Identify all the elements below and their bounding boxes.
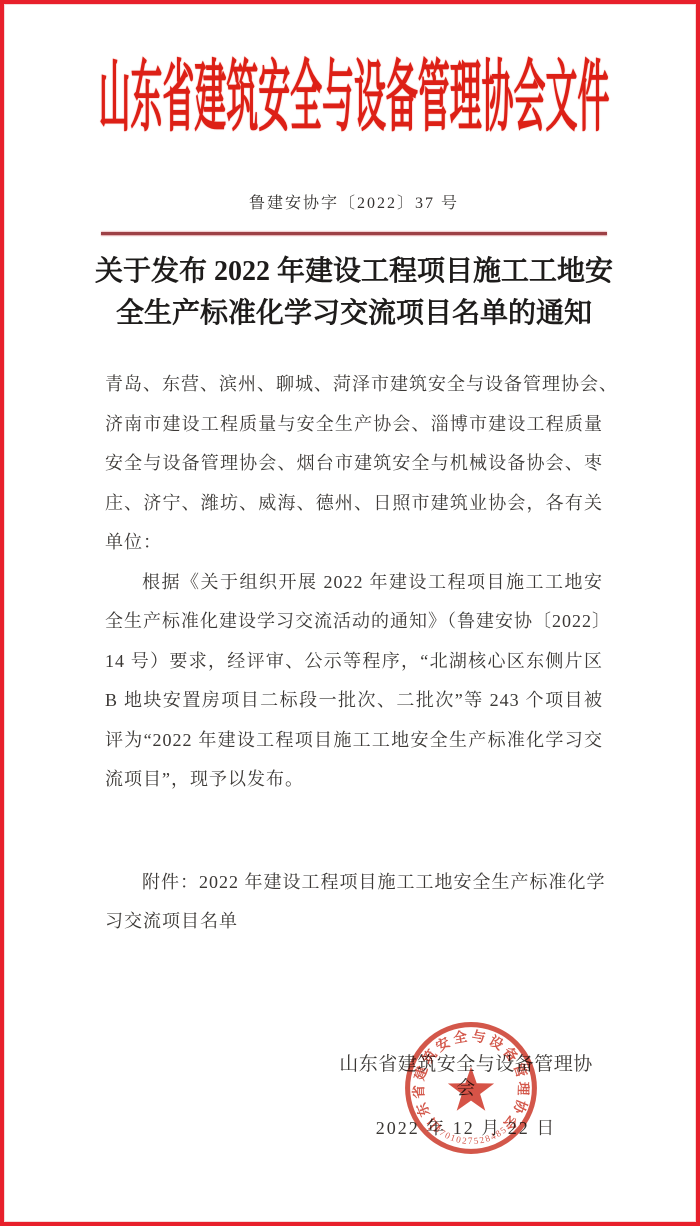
signature-block: 山东省建筑安全与设备管理协会 2022 年 12 月 22 日: [334, 1053, 598, 1140]
signature-date: 2022 年 12 月 22 日: [334, 1116, 598, 1140]
document-title-line2: 全生产标准化学习交流项目名单的通知: [4, 293, 700, 335]
attachment-note: 附件：2022 年建设工程项目施工工地安全生产标准化学 习交流项目名单: [105, 863, 603, 942]
body-paragraph-recipients: 青岛、东营、滨州、聊城、菏泽市建筑安全与设备管理协会、 济南市建设工程质量与安全…: [105, 365, 603, 563]
body-line: 附件：2022 年建设工程项目施工工地安全生产标准化学: [105, 863, 603, 903]
body-line: 评为“2022 年建设工程项目施工工地安全生产标准化学习交: [105, 721, 603, 761]
document-title: 关于发布 2022 年建设工程项目施工工地安 全生产标准化学习交流项目名单的通知: [4, 251, 700, 335]
body-line: 根据《关于组织开展 2022 年建设工程项目施工工地安: [105, 563, 603, 603]
body-paragraph-main: 根据《关于组织开展 2022 年建设工程项目施工工地安 全生产标准化建设学习交流…: [105, 563, 603, 800]
signature-organization: 山东省建筑安全与设备管理协会: [334, 1053, 598, 1101]
body-line: 全生产标准化建设学习交流活动的通知》（鲁建安协〔2022〕: [105, 602, 603, 642]
red-masthead: 山东省建筑安全与设备管理协会文件: [4, 40, 700, 144]
body-line: B 地块安置房项目二标段一批次、二批次”等 243 个项目被: [105, 681, 603, 721]
body-line: 习交流项目名单: [105, 902, 603, 942]
document-body: 青岛、东营、滨州、聊城、菏泽市建筑安全与设备管理协会、 济南市建设工程质量与安全…: [105, 365, 603, 942]
document-number: 鲁建安协字〔2022〕37 号: [4, 190, 700, 213]
document-title-line1: 关于发布 2022 年建设工程项目施工工地安: [4, 251, 700, 293]
red-divider-rule: [101, 232, 607, 235]
body-line: 流项目”，现予以发布。: [105, 760, 603, 800]
body-line: 庄、济宁、潍坊、威海、德州、日照市建筑业协会，各有关: [105, 484, 603, 524]
body-line: 单位：: [105, 523, 603, 563]
body-line: 济南市建设工程质量与安全生产协会、淄博市建设工程质量: [105, 405, 603, 445]
masthead-title: 山东省建筑安全与设备管理协会文件: [99, 37, 610, 148]
body-line: 安全与设备管理协会、烟台市建筑安全与机械设备协会、枣: [105, 444, 603, 484]
body-line: 青岛、东营、滨州、聊城、菏泽市建筑安全与设备管理协会、: [105, 365, 603, 405]
body-line: 14 号）要求，经评审、公示等程序，“北湖核心区东侧片区: [105, 642, 603, 682]
official-document-page: 山东省建筑安全与设备管理协会文件 鲁建安协字〔2022〕37 号 关于发布 20…: [0, 0, 700, 1226]
